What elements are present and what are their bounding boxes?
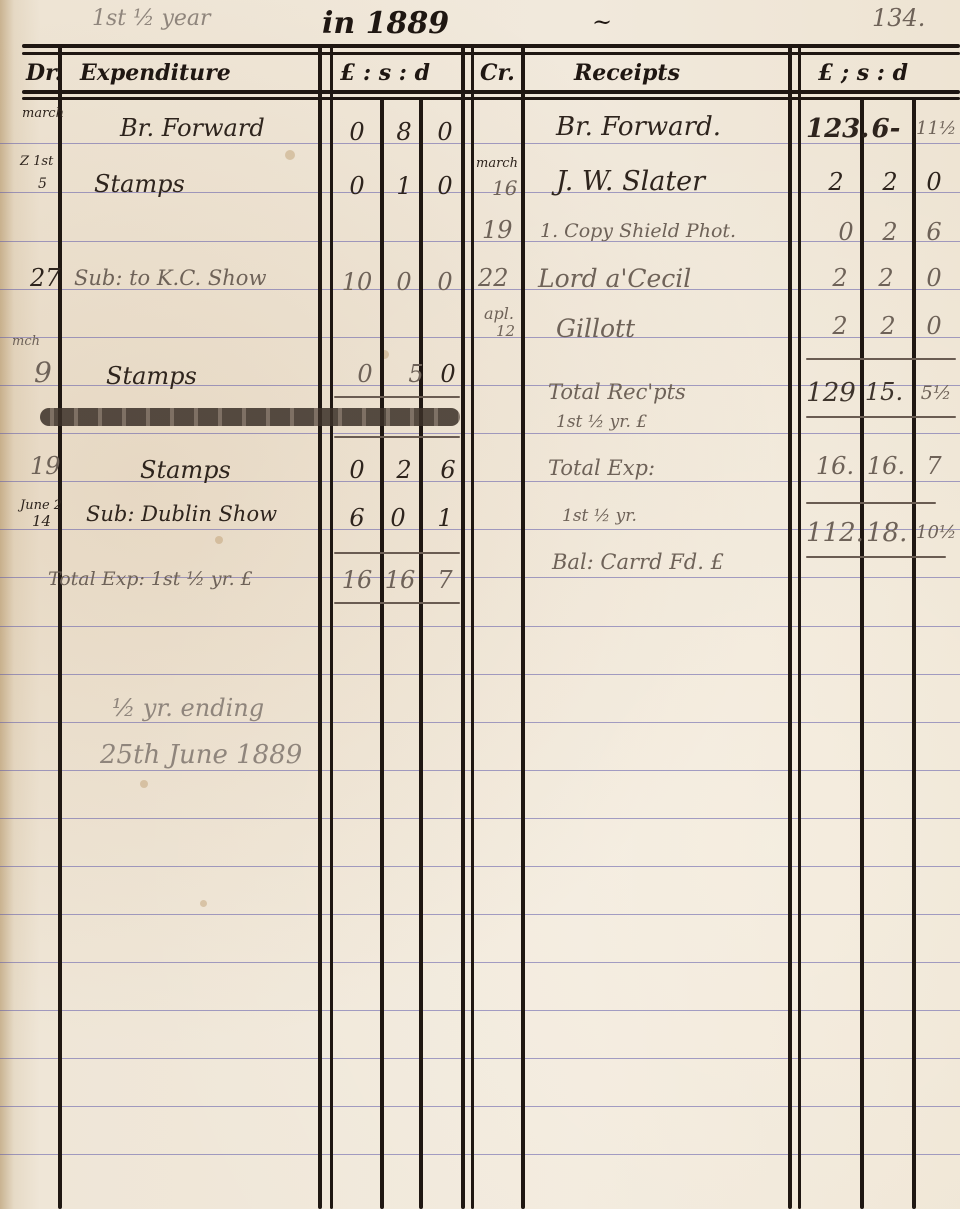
header-left-currency: £ : s : d xyxy=(340,60,430,86)
ruled-line xyxy=(0,914,960,915)
stain xyxy=(140,780,148,788)
summary-total-receipts-pence: 5½ xyxy=(916,382,956,404)
header-left-folio: Dr. xyxy=(26,60,62,86)
summary-total-exp-pence: 7 xyxy=(914,452,954,480)
struck-out-entry xyxy=(40,408,460,426)
expenditure-shillings: 0 xyxy=(378,504,418,532)
column-divider xyxy=(318,44,322,1209)
expenditure-shillings: 1 xyxy=(384,172,424,200)
expenditure-total-pounds: 16 xyxy=(337,566,377,594)
ruled-line xyxy=(0,241,960,242)
expenditure-date: 5 xyxy=(38,176,47,192)
expenditure-pence: 1 xyxy=(425,504,465,532)
receipt-pence: 11½ xyxy=(916,118,956,139)
year-heading: in 1889 xyxy=(322,6,449,41)
expenditure-total-shillings: 16 xyxy=(380,566,420,594)
column-divider xyxy=(860,98,864,1209)
expenditure-total-label: Total Exp: 1st ½ yr. £ xyxy=(48,568,253,590)
ruled-line xyxy=(0,722,960,723)
underline-squiggle xyxy=(334,602,460,604)
expenditure-shillings: 8 xyxy=(384,118,424,146)
summary-balance-label: Bal: Carrd Fd. £ xyxy=(552,550,724,574)
receipt-shillings: 6- xyxy=(866,114,906,144)
ruled-line xyxy=(0,1154,960,1155)
receipt-date: 16 xyxy=(492,176,517,200)
underline-squiggle xyxy=(334,552,460,554)
page-number: 134. xyxy=(872,4,925,32)
expenditure-total-pence: 7 xyxy=(425,566,465,594)
receipt-shillings: 2 xyxy=(868,312,908,340)
receipt-date-month: apl. xyxy=(484,304,514,323)
footer-note-line2: 25th June 1889 xyxy=(100,740,302,770)
expenditure-pounds: 0 xyxy=(337,118,377,146)
underline-squiggle xyxy=(806,502,936,504)
expenditure-date-month: march xyxy=(22,106,64,121)
stain xyxy=(215,536,223,544)
header-rule-bottom xyxy=(22,90,960,94)
column-divider xyxy=(330,44,333,1209)
ruled-line xyxy=(0,626,960,627)
summary-total-receipts-shillings: 15. xyxy=(864,378,904,406)
expenditure-pence: 6 xyxy=(428,456,468,484)
summary-balance-pence: 10½ xyxy=(916,522,956,543)
receipt-date: 12 xyxy=(496,322,515,340)
summary-total-exp-shillings: 16. xyxy=(866,452,906,480)
column-divider xyxy=(419,98,423,1209)
receipt-item: Lord a'Cecil xyxy=(538,264,691,293)
expenditure-pence: 0 xyxy=(425,268,465,296)
ruled-line xyxy=(0,962,960,963)
heading-ornament: ~ xyxy=(592,8,612,36)
column-divider xyxy=(461,44,465,1209)
receipt-item: Br. Forward. xyxy=(556,112,721,142)
expenditure-pounds: 6 xyxy=(337,504,377,532)
ruled-line xyxy=(0,1106,960,1107)
summary-total-exp-label: Total Exp: xyxy=(548,456,655,480)
receipt-pence: 0 xyxy=(914,312,954,340)
receipt-date: 22 xyxy=(478,264,509,292)
ruled-line xyxy=(0,1010,960,1011)
header-rule-top-2 xyxy=(22,52,960,55)
receipt-pounds: 0 xyxy=(826,218,866,246)
summary-total-receipts-pounds: 129 xyxy=(806,378,856,408)
receipt-shillings: 2 xyxy=(870,218,910,246)
underline-squiggle xyxy=(806,556,946,558)
receipt-date: 19 xyxy=(482,216,513,244)
ruled-line xyxy=(0,674,960,675)
receipt-shillings: 2 xyxy=(870,168,910,196)
summary-total-exp-pounds: 16. xyxy=(812,452,858,480)
expenditure-pounds: 0 xyxy=(337,172,377,200)
expenditure-pence: 0 xyxy=(425,172,465,200)
column-divider xyxy=(521,44,525,1209)
expenditure-pounds: 0 xyxy=(345,360,385,388)
ruled-line xyxy=(0,1058,960,1059)
expenditure-item: Br. Forward xyxy=(120,114,265,142)
underline-squiggle xyxy=(334,436,460,438)
expenditure-date-month: June 2 xyxy=(20,498,62,513)
summary-balance-pounds: 112. xyxy=(806,518,858,548)
underline-squiggle xyxy=(806,416,956,418)
expenditure-pence: 0 xyxy=(425,118,465,146)
expenditure-item: Stamps xyxy=(106,362,197,390)
summary-total-exp-sub: 1st ½ yr. xyxy=(562,506,637,526)
expenditure-shillings: 2 xyxy=(384,456,424,484)
receipt-item: Gillott xyxy=(556,314,635,343)
receipt-pounds: 2 xyxy=(816,168,856,196)
expenditure-date-month: Z 1st xyxy=(20,154,53,169)
header-receipts: Receipts xyxy=(574,60,680,86)
footer-note-line1: ½ yr. ending xyxy=(112,694,264,722)
expenditure-item: Stamps xyxy=(140,456,231,484)
ledger-page: 1st ½ year in 1889 ~ 134. Dr. Expenditur… xyxy=(0,0,960,1209)
stain xyxy=(285,150,295,160)
expenditure-item: Sub: Dublin Show xyxy=(86,502,277,526)
expenditure-date-month: mch xyxy=(12,334,40,349)
receipt-pounds: 2 xyxy=(820,264,860,292)
receipt-shillings: 2 xyxy=(866,264,906,292)
ruled-line xyxy=(0,433,960,434)
expenditure-item: Sub: to K.C. Show xyxy=(74,266,266,290)
expenditure-date: 27 xyxy=(30,264,61,292)
underline-squiggle xyxy=(806,358,956,360)
column-divider xyxy=(58,44,62,1209)
summary-balance-shillings: 18. xyxy=(866,518,906,548)
expenditure-date: 19 xyxy=(30,452,61,480)
half-year-heading: 1st ½ year xyxy=(92,6,211,31)
expenditure-pence: 0 xyxy=(428,360,468,388)
receipt-item: J. W. Slater xyxy=(556,166,705,197)
header-rule-top xyxy=(22,44,960,48)
ruled-line xyxy=(0,337,960,338)
ruled-line xyxy=(0,818,960,819)
ruled-line xyxy=(0,770,960,771)
summary-total-receipts-label: Total Rec'pts xyxy=(548,380,686,404)
stain xyxy=(200,900,207,907)
ruled-line xyxy=(0,866,960,867)
expenditure-pounds: 10 xyxy=(337,268,377,296)
receipt-pence: 6 xyxy=(914,218,954,246)
underline-squiggle xyxy=(334,396,460,398)
header-right-folio: Cr. xyxy=(480,60,515,86)
column-divider xyxy=(788,44,792,1209)
expenditure-shillings: 0 xyxy=(384,268,424,296)
header-expenditure: Expenditure xyxy=(80,60,231,86)
receipt-item: 1. Copy Shield Phot. xyxy=(540,220,736,242)
expenditure-pounds: 0 xyxy=(337,456,377,484)
summary-total-receipts-sub: 1st ½ yr. £ xyxy=(556,412,647,432)
receipt-date-month: march xyxy=(476,156,518,171)
column-divider xyxy=(471,44,474,1209)
column-divider xyxy=(380,98,384,1209)
expenditure-date: 9 xyxy=(34,356,52,389)
header-rule-bottom-2 xyxy=(22,97,960,100)
receipt-pence: 0 xyxy=(914,264,954,292)
receipt-pounds: 123. xyxy=(806,114,856,144)
expenditure-item: Stamps xyxy=(94,170,185,198)
receipt-pence: 0 xyxy=(914,168,954,196)
header-right-currency: £ ; s : d xyxy=(818,60,908,86)
column-divider xyxy=(798,44,801,1209)
receipt-pounds: 2 xyxy=(820,312,860,340)
expenditure-date: 14 xyxy=(32,512,51,530)
